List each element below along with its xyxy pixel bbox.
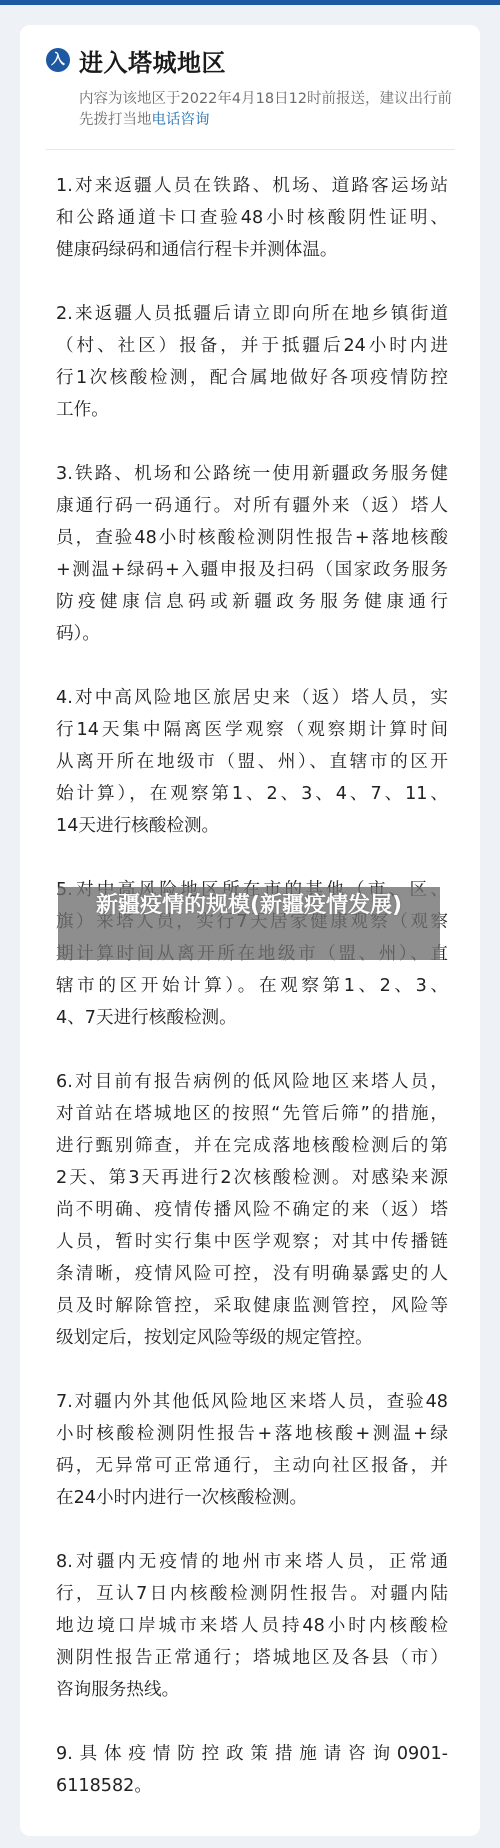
policy-item-line: 4、7天进行核酸检测。 [56, 1002, 448, 1034]
policy-item-line: 条清晰，疫情风险可控，没有明确暴露史的人 [56, 1258, 448, 1290]
policy-item-line: 14天进行核酸检测。 [56, 810, 448, 842]
policy-item: 8.对疆内无疫情的地州市来塔人员，正常通行，互认7日内核酸检测阴性报告。对疆内陆… [56, 1546, 448, 1706]
policy-item-line: 从离开所在地级市（盟、州）、直辖市的区开 [56, 746, 448, 778]
policy-item-line: 码）。 [56, 618, 448, 650]
policy-item-line: 2.来返疆人员抵疆后请立即向所在地乡镇街道 [56, 298, 448, 330]
policy-item-line: 员，查验48小时核酸检测阴性报告+落地核酸 [56, 522, 448, 554]
top-accent-bar [0, 0, 500, 5]
policy-item: 3.铁路、机场和公路统一使用新疆政务服务健康通行码一码通行。对所有疆外来（返）塔… [56, 458, 448, 650]
policy-item-line: 7.对疆内外其他低风险地区来塔人员，查验48 [56, 1386, 448, 1418]
policy-item-line: 2天、第3天再进行2次核酸检测。对感染来源 [56, 1162, 448, 1194]
policy-item: 7.对疆内外其他低风险地区来塔人员，查验48小时核酸检测阴性报告+落地核酸+测温… [56, 1386, 448, 1514]
policy-item-line: 进行甄别筛查，并在完成落地核酸检测后的第 [56, 1130, 448, 1162]
policy-item-line: 6.对目前有报告病例的低风险地区来塔人员， [56, 1066, 448, 1098]
policy-item-line: 辖市的区开始计算）。在观察第1、2、3、 [56, 970, 448, 1002]
phone-consult-link[interactable]: 电话咨询 [152, 112, 210, 128]
policy-item-line: （村、社区）报备，并于抵疆后24小时内进 [56, 330, 448, 362]
policy-item-line: 9.具体疫情防控政策措施请咨询0901- [56, 1738, 448, 1770]
divider [46, 149, 455, 150]
policy-item-line: 员及时解除管控，采取健康监测管控，风险等 [56, 1290, 448, 1322]
policy-item-line: 6118582。 [56, 1770, 448, 1802]
policy-item-line: 和公路通道卡口查验48小时核酸阴性证明、 [56, 202, 448, 234]
policy-item-line: 咨询服务热线。 [56, 1674, 448, 1706]
policy-item-line: 4.对中高风险地区旅居史来（返）塔人员，实 [56, 682, 448, 714]
policy-item: 2.来返疆人员抵疆后请立即向所在地乡镇街道（村、社区）报备，并于抵疆后24小时内… [56, 298, 448, 426]
policy-item-line: 测阴性报告正常通行；塔城地区及各县（市） [56, 1642, 448, 1674]
policy-list: 1.对来返疆人员在铁路、机场、道路客运场站和公路通道卡口查验48小时核酸阴性证明… [56, 170, 448, 1834]
caption-overlay: 新疆疫情的规模(新疆疫情发展) [58, 887, 440, 960]
policy-item-line: 康通行码一码通行。对所有疆外来（返）塔人 [56, 490, 448, 522]
policy-item-line: 码，无异常可正常通行，主动向社区报备，并 [56, 1450, 448, 1482]
report-note-text: 内容为该地区于2022年4月18日12时前报送，建议出行前先拨打当地 [79, 91, 452, 128]
policy-item: 4.对中高风险地区旅居史来（返）塔人员，实行14天集中隔离医学观察（观察期计算时… [56, 682, 448, 842]
policy-item-line: 尚不明确、疫情传播风险不确定的来（返）塔 [56, 1194, 448, 1226]
policy-item-line: 小时核酸检测阴性报告+落地核酸+测温+绿 [56, 1418, 448, 1450]
policy-item-line: 对首站在塔城地区的按照“先管后筛”的措施， [56, 1098, 448, 1130]
policy-item-line: 级划定后，按划定风险等级的规定管控。 [56, 1322, 448, 1354]
policy-item-line: 行14天集中隔离医学观察（观察期计算时间 [56, 714, 448, 746]
enter-icon: 入 [46, 48, 70, 72]
policy-item-line: +测温+绿码+入疆申报及扫码（国家政务服务 [56, 554, 448, 586]
policy-item-line: 工作。 [56, 394, 448, 426]
policy-item-line: 地边境口岸城市来塔人员持48小时内核酸检 [56, 1610, 448, 1642]
policy-item-line: 在24小时内进行一次核酸检测。 [56, 1482, 448, 1514]
policy-item: 6.对目前有报告病例的低风险地区来塔人员，对首站在塔城地区的按照“先管后筛”的措… [56, 1066, 448, 1354]
policy-item-line: 防疫健康信息码或新疆政务服务健康通行 [56, 586, 448, 618]
report-note: 内容为该地区于2022年4月18日12时前报送，建议出行前先拨打当地电话咨询 [79, 89, 459, 131]
policy-item: 9.具体疫情防控政策措施请咨询0901-6118582。 [56, 1738, 448, 1802]
policy-item-line: 健康码绿码和通信行程卡并测体温。 [56, 234, 448, 266]
policy-item-line: 8.对疆内无疫情的地州市来塔人员，正常通 [56, 1546, 448, 1578]
policy-item-line: 3.铁路、机场和公路统一使用新疆政务服务健 [56, 458, 448, 490]
policy-item-line: 始计算），在观察第1、2、3、4、7、11、 [56, 778, 448, 810]
policy-item-line: 1.对来返疆人员在铁路、机场、道路客运场站 [56, 170, 448, 202]
policy-item: 1.对来返疆人员在铁路、机场、道路客运场站和公路通道卡口查验48小时核酸阴性证明… [56, 170, 448, 266]
page-title: 进入塔城地区 [79, 43, 226, 78]
policy-item-line: 行，互认7日内核酸检测阴性报告。对疆内陆 [56, 1578, 448, 1610]
policy-item-line: 行1次核酸检测，配合属地做好各项疫情防控 [56, 362, 448, 394]
policy-item-line: 人员，暂时实行集中医学观察；对其中传播链 [56, 1226, 448, 1258]
